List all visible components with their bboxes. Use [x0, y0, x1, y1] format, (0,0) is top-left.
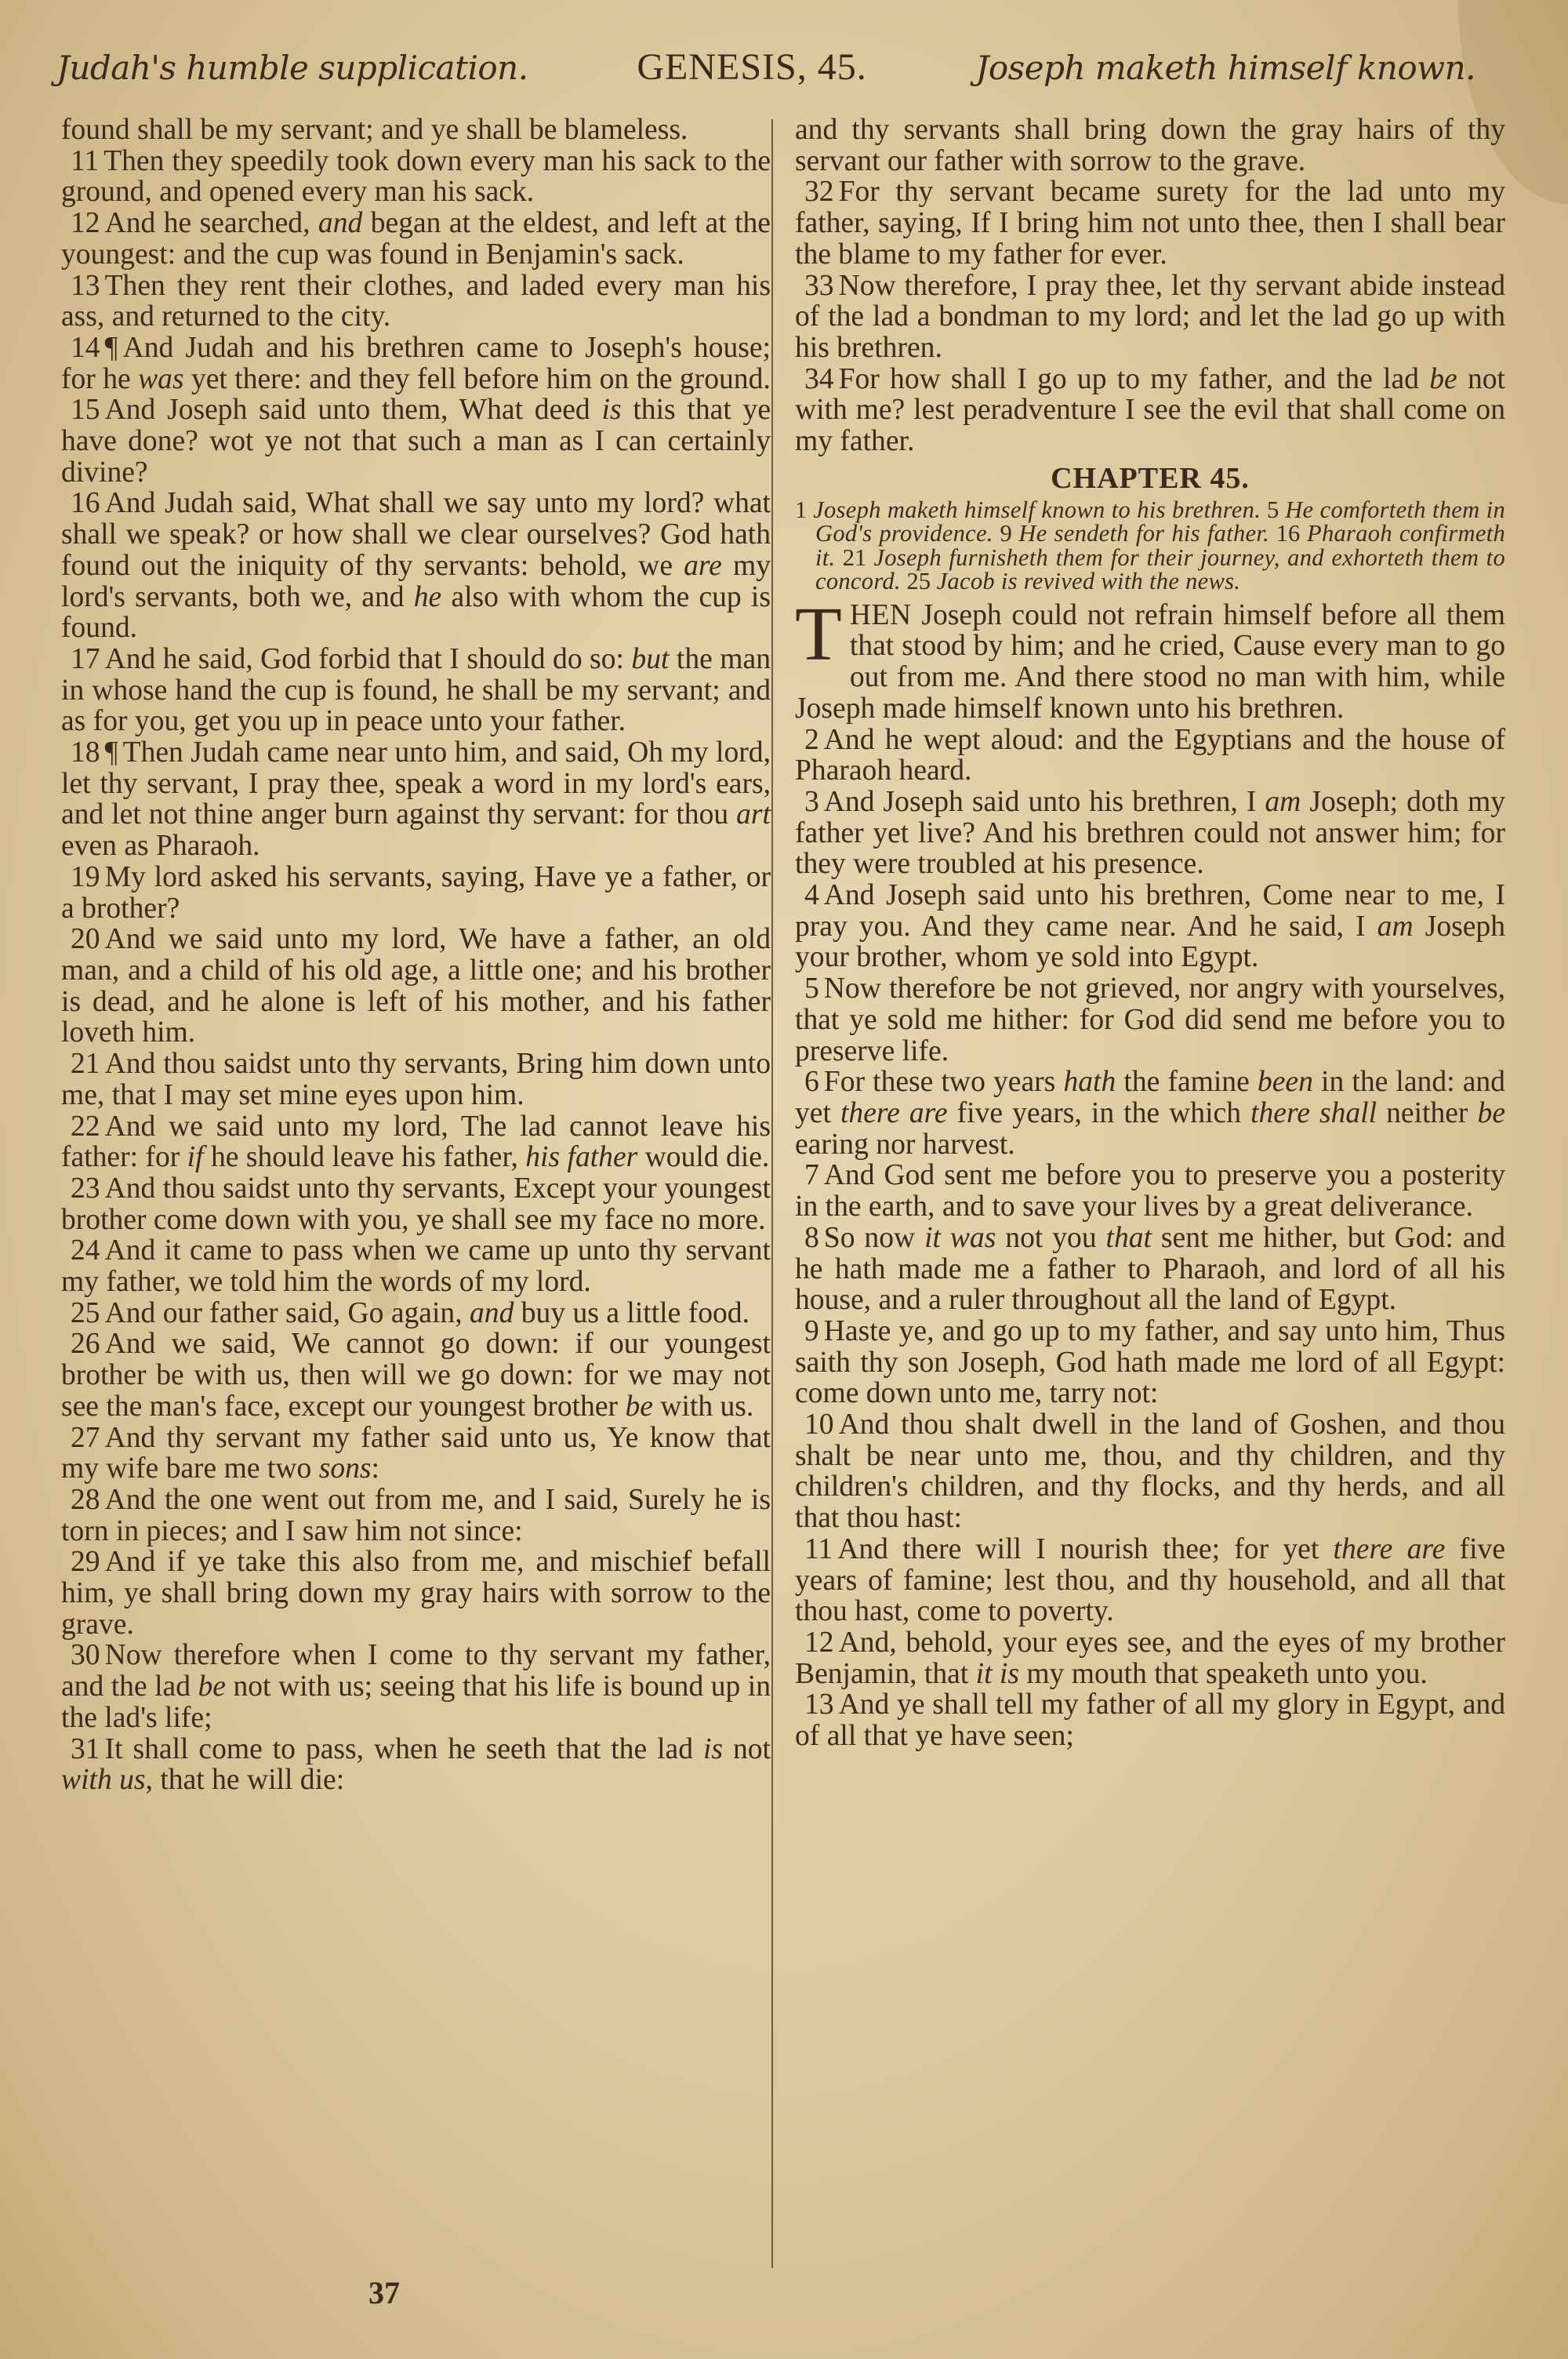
verse-45-7: 7And God sent me before you to preserve … — [795, 1160, 1505, 1222]
verse-44-11: 11Then they speedily took down every man… — [61, 146, 771, 208]
verse-number: 4 — [804, 879, 819, 911]
italic-supplied-word: am — [1265, 786, 1301, 818]
verse-number: 25 — [71, 1297, 100, 1329]
italic-supplied-word: hath — [1063, 1066, 1116, 1098]
verse-44-32: 32For thy servant became surety for the … — [795, 176, 1505, 270]
running-head-right: Joseph maketh himself known. — [976, 52, 1475, 85]
verse-text: with us. — [653, 1390, 753, 1423]
verse-text: For how shall I go up to my father, and … — [839, 363, 1430, 395]
verse-text: And Joseph said unto his brethren, I — [824, 786, 1265, 818]
verse-number: 13 — [71, 270, 100, 302]
verse-text: Haste ye, and go up to my father, and sa… — [795, 1315, 1505, 1409]
verse-44-30: 30Now therefore when I come to thy serva… — [61, 1640, 771, 1733]
verse-text: yet there: and they fell before him on t… — [184, 363, 771, 395]
verse-text: would die. — [637, 1141, 769, 1173]
verse-text: And there will I nourish thee; for yet — [837, 1533, 1333, 1565]
summary-text: Jacob is revived with the news. — [937, 568, 1241, 594]
verse-45-5: 5Now therefore be not grieved, nor angry… — [795, 973, 1505, 1067]
verse-number: 22 — [71, 1110, 100, 1143]
italic-supplied-word: his father — [525, 1141, 637, 1173]
italic-supplied-word: he — [414, 581, 441, 613]
italic-supplied-word: but — [631, 643, 669, 675]
italic-supplied-word: be — [1478, 1097, 1505, 1129]
verse-44-20: 20And we said unto my lord, We have a fa… — [61, 924, 771, 1049]
verse-text: even as Pharaoh. — [61, 830, 260, 862]
verse-text: he should leave his father, — [204, 1141, 526, 1173]
verse-text: And he said, God forbid that I should do… — [105, 643, 632, 675]
verse-45-3: 3And Joseph said unto his brethren, I am… — [795, 787, 1505, 880]
summary-verse-ref: 9 — [1000, 520, 1011, 547]
verse-44-27: 27And thy servant my father said unto us… — [61, 1423, 771, 1485]
verse-continuation: found shall be my servant; and ye shall … — [61, 114, 771, 146]
summary-text: Joseph maketh himself known to his breth… — [813, 496, 1261, 523]
verse-number: 31 — [71, 1733, 100, 1765]
verse-number: 23 — [71, 1172, 100, 1205]
verse-number: 19 — [71, 861, 100, 893]
italic-supplied-word: there shall — [1250, 1097, 1377, 1129]
italic-supplied-word: with us — [61, 1764, 146, 1796]
verse-text: neither — [1377, 1097, 1477, 1129]
italic-supplied-word: is — [703, 1733, 723, 1765]
verse-44-23: 23And thou saidst unto thy servants, Exc… — [61, 1173, 771, 1235]
verse-number: 28 — [71, 1484, 100, 1516]
verse-45-2: 2And he wept aloud: and the Egyptians an… — [795, 725, 1505, 787]
verse-number: 8 — [804, 1222, 819, 1254]
verse-number: 29 — [71, 1546, 100, 1578]
verse-number: 27 — [71, 1422, 100, 1454]
verse-number: 3 — [804, 786, 819, 818]
italic-supplied-word: that — [1106, 1222, 1152, 1254]
verse-45-10: 10And thou shalt dwell in the land of Go… — [795, 1409, 1505, 1534]
summary-verse-ref: 21 — [843, 544, 867, 571]
running-head: Judah's humble supplication. GENESIS, 45… — [56, 49, 1475, 104]
italic-supplied-word: there are — [840, 1097, 948, 1129]
verse-45-13: 13And ye shall tell my father of all my … — [795, 1689, 1505, 1751]
verse-number: 32 — [804, 176, 834, 208]
italic-supplied-word: be — [1429, 363, 1457, 395]
verse-text: five years, in the which — [948, 1097, 1251, 1129]
verse-text: the famine — [1116, 1066, 1258, 1098]
bible-page: Judah's humble supplication. GENESIS, 45… — [0, 0, 1568, 2359]
left-column: found shall be my servant; and ye shall … — [61, 114, 771, 1796]
verse-number: 7 — [804, 1159, 819, 1191]
column-rule — [771, 119, 773, 2268]
verse-text: Then they speedily took down every man h… — [61, 145, 771, 209]
verse-number: 33 — [804, 270, 834, 302]
italic-supplied-word: sons — [319, 1452, 372, 1485]
verse-number: 24 — [71, 1234, 100, 1267]
verse-44-18: 18¶Then Judah came near unto him, and sa… — [61, 737, 771, 862]
verse-text: buy us a little food. — [514, 1297, 750, 1329]
verse-number: 21 — [71, 1048, 100, 1080]
verse-text: It shall come to pass, when he seeth tha… — [105, 1733, 703, 1765]
verse-44-33: 33Now therefore, I pray thee, let thy se… — [795, 271, 1505, 364]
italic-supplied-word: and — [318, 207, 362, 239]
verse-text: And he searched, — [105, 207, 318, 239]
verse-text: And thou shalt dwell in the land of Gosh… — [795, 1408, 1505, 1534]
verse-text: And the one went out from me, and I said… — [61, 1484, 771, 1547]
verse-text: And Judah said, What shall we say unto m… — [61, 487, 771, 581]
verse-44-22: 22And we said unto my lord, The lad cann… — [61, 1111, 771, 1173]
verse-45-8: 8So now it was not you that sent me hith… — [795, 1223, 1505, 1316]
running-head-left: Judah's humble supplication. — [56, 52, 528, 85]
right-column: and thy servants shall bring down the gr… — [795, 114, 1505, 1752]
summary-verse-ref: 16 — [1276, 520, 1301, 547]
verse-text: And if ye take this also from me, and mi… — [61, 1546, 771, 1640]
verse-44-29: 29And if ye take this also from me, and … — [61, 1547, 771, 1640]
verse-text: And thou saidst unto thy servants, Excep… — [61, 1172, 771, 1236]
verse-44-17: 17And he said, God forbid that I should … — [61, 644, 771, 737]
verse-text: not — [723, 1733, 771, 1765]
verse-text: And we said unto my lord, We have a fath… — [61, 923, 771, 1049]
summary-text: He sendeth for his father. — [1018, 520, 1269, 547]
italic-supplied-word: if — [187, 1141, 204, 1173]
verse-text: And thou saidst unto thy servants, Bring… — [61, 1048, 771, 1111]
verse-44-19: 19My lord asked his servants, saying, Ha… — [61, 862, 771, 924]
verse-text: Now therefore be not grieved, nor angry … — [795, 972, 1505, 1067]
italic-supplied-word: be — [198, 1670, 226, 1703]
pilcrow-icon: ¶ — [105, 736, 118, 769]
chapter-heading: CHAPTER 45. — [795, 462, 1505, 495]
verse-text: : — [372, 1452, 379, 1485]
verse-number: 20 — [71, 923, 100, 955]
verse-text: Then they rent their clothes, and laded … — [61, 270, 771, 333]
verse-continuation: and thy servants shall bring down the gr… — [795, 114, 1505, 176]
verse-44-34: 34For how shall I go up to my father, an… — [795, 364, 1505, 457]
verse-text: And Joseph said unto them, What deed — [105, 394, 602, 426]
verse-44-26: 26And we said, We cannot go down: if our… — [61, 1329, 771, 1422]
verse-number: 5 — [804, 972, 819, 1005]
verse-number: 18 — [71, 736, 100, 769]
running-head-book-chapter: GENESIS, 45. — [637, 49, 866, 86]
summary-verse-ref: 25 — [906, 568, 931, 594]
verse-text: , that he will die: — [146, 1764, 345, 1796]
verse-44-12: 12And he searched, and began at the elde… — [61, 208, 771, 270]
verse-number: 30 — [71, 1639, 100, 1671]
verse-number: 9 — [804, 1315, 819, 1347]
verse-44-25: 25And our father said, Go again, and buy… — [61, 1298, 771, 1329]
verse-number: 12 — [71, 207, 100, 239]
verse-number: 11 — [71, 145, 99, 177]
verse-44-14: 14¶And Judah and his brethren came to Jo… — [61, 333, 771, 394]
verse-44-15: 15And Joseph said unto them, What deed i… — [61, 394, 771, 488]
summary-verse-ref: 1 — [795, 496, 807, 523]
verse-44-16: 16And Judah said, What shall we say unto… — [61, 488, 771, 644]
verse-text: So now — [824, 1222, 924, 1254]
italic-supplied-word: been — [1258, 1066, 1313, 1098]
verse-number: 34 — [804, 363, 834, 395]
italic-supplied-word: was — [138, 363, 183, 395]
verse-44-31: 31It shall come to pass, when he seeth t… — [61, 1734, 771, 1796]
italic-supplied-word: art — [736, 798, 771, 831]
verse-text: And thy servant my father said unto us, … — [61, 1422, 771, 1485]
verse-caps-opening: HEN — [850, 599, 912, 631]
page-number: 37 — [368, 2274, 400, 2311]
verse-45-9: 9Haste ye, and go up to my father, and s… — [795, 1316, 1505, 1409]
verse-text: For these two years — [824, 1066, 1064, 1098]
verse-number: 17 — [71, 643, 100, 675]
italic-supplied-word: be — [625, 1390, 652, 1423]
verse-number: 14 — [71, 332, 100, 364]
verse-text: For thy servant became surety for the la… — [795, 176, 1505, 270]
verse-number: 12 — [804, 1627, 834, 1659]
verse-44-13: 13Then they rent their clothes, and lade… — [61, 271, 771, 333]
verse-45-11: 11And there will I nourish thee; for yet… — [795, 1534, 1505, 1627]
italic-supplied-word: there are — [1334, 1533, 1446, 1565]
verse-number: 26 — [71, 1328, 100, 1360]
verse-number: 15 — [71, 394, 100, 426]
verse-text: Now therefore, I pray thee, let thy serv… — [795, 270, 1505, 364]
verse-number: 10 — [804, 1408, 834, 1441]
verse-text: earing nor harvest. — [795, 1129, 1015, 1161]
verse-45-6: 6For these two years hath the famine bee… — [795, 1067, 1505, 1160]
italic-supplied-word: are — [684, 550, 722, 582]
verse-text: And our father said, Go again, — [105, 1297, 470, 1329]
verse-44-21: 21And thou saidst unto thy servants, Bri… — [61, 1049, 771, 1110]
verse-number: 13 — [804, 1688, 834, 1721]
verse-number: 6 — [804, 1066, 819, 1098]
verse-44-24: 24And it came to pass when we came up un… — [61, 1235, 771, 1297]
verse-44-28: 28And the one went out from me, and I sa… — [61, 1485, 771, 1547]
verse-text: not you — [996, 1222, 1105, 1254]
verse-text: And it came to pass when we came up unto… — [61, 1234, 771, 1298]
pilcrow-icon: ¶ — [105, 332, 118, 364]
italic-supplied-word: it was — [924, 1222, 996, 1254]
verse-number: 16 — [71, 487, 100, 519]
italic-supplied-word: am — [1377, 911, 1414, 943]
italic-supplied-word: and — [470, 1297, 514, 1329]
verse-text: my mouth that speaketh unto you. — [1019, 1658, 1428, 1690]
summary-verse-ref: 5 — [1267, 496, 1279, 523]
italic-supplied-word: it is — [976, 1658, 1019, 1690]
verse-number: 11 — [804, 1533, 833, 1565]
verse-45-12: 12And, behold, your eyes see, and the ey… — [795, 1627, 1505, 1689]
drop-cap: T — [795, 603, 842, 666]
verse-text: Then Judah came near unto him, and said,… — [61, 736, 771, 831]
verse-45-4: 4And Joseph said unto his brethren, Come… — [795, 880, 1505, 973]
chapter-summary: 1 Joseph maketh himself known to his bre… — [795, 498, 1505, 594]
verse-text: And he wept aloud: and the Egyptians and… — [795, 724, 1505, 787]
verse-text: And God sent me before you to preserve y… — [795, 1159, 1505, 1223]
verse-text: My lord asked his servants, saying, Have… — [61, 861, 771, 925]
verse-number: 2 — [804, 724, 819, 756]
italic-supplied-word: is — [602, 394, 622, 426]
verse-45-1: THEN Joseph could not refrain himself be… — [795, 600, 1505, 725]
verse-text: And ye shall tell my father of all my gl… — [795, 1688, 1505, 1752]
